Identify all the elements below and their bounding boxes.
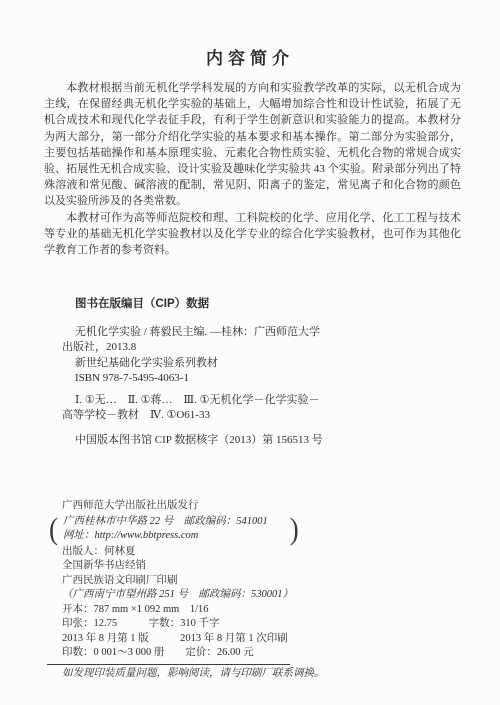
divider-rule xyxy=(47,664,290,665)
page-title: 内容简介 xyxy=(0,44,500,69)
content-summary: 本教材根据当前无机化学学科发展的方向和实验教学改革的实际，以无机合成为主线，在保… xyxy=(44,80,461,258)
quality-note-line: 如发现印装质量问题，影响阅读，请与印刷厂联系调换。 xyxy=(62,667,362,682)
cip-gap-2 xyxy=(62,424,462,433)
cip-classification-line-1: Ⅰ. ①无… Ⅱ. ①蒋… Ⅲ. ①无机化学－化学实验－ xyxy=(62,393,462,409)
format-line: 开本：787 mm ×1 092 mm 1/16 xyxy=(62,603,362,618)
cip-record-number-line: 中国版本图书馆 CIP 数据核字（2013）第 156513 号 xyxy=(62,433,462,449)
publisher-address-lines: 广西桂林市中华路 22 号 邮政编码：541001 网址：http://www.… xyxy=(63,515,268,544)
summary-paragraph-1: 本教材根据当前无机化学学科发展的方向和实验教学改革的实际，以无机合成为主线，在保… xyxy=(44,80,461,210)
issuer-line: 出版人：何林夏 xyxy=(62,545,362,560)
distribution-line: 全国新华书店经销 xyxy=(62,559,362,574)
cip-title-line: 无机化学实验 / 蒋毅民主编. —桂林：广西师范大学 xyxy=(62,325,462,341)
publisher-address-group: ( 广西桂林市中华路 22 号 邮政编码：541001 网址：http://ww… xyxy=(62,515,362,544)
print-run-price-line: 印数：0 001～3 000 册 定价：26.00 元 xyxy=(62,646,362,661)
publisher-line: 广西师范大学出版社出版发行 xyxy=(62,499,362,514)
cip-header: 图书在版编目（CIP）数据 xyxy=(62,297,462,313)
cip-classification-line-2: 高等学校－教材 Ⅳ. ①O61-33 xyxy=(62,408,462,424)
publisher-address-line: 广西桂林市中华路 22 号 邮政编码：541001 xyxy=(63,515,268,530)
cip-isbn-line: ISBN 978-7-5495-4063-1 xyxy=(62,371,462,387)
book-copyright-page: 内容简介 本教材根据当前无机化学学科发展的方向和实验教学改革的实际，以无机合成为… xyxy=(0,0,500,705)
cip-section: 图书在版编目（CIP）数据 无机化学实验 / 蒋毅民主编. —桂林：广西师范大学… xyxy=(62,297,462,448)
printer-address-line: （广西南宁市望州路 251 号 邮政编码：530001） xyxy=(62,588,362,603)
edition-line: 2013 年 8 月第 1 版 2013 年 8 月第 1 次印刷 xyxy=(62,632,362,647)
sheets-words-line: 印张：12.75 字数：310 千字 xyxy=(62,617,362,632)
cip-series-line: 新世纪基础化学实验系列教材 xyxy=(62,356,462,372)
cip-title-line-continuation: 出版社，2013.8 xyxy=(62,340,462,356)
printer-line: 广西民族语文印刷厂印刷 xyxy=(62,574,362,589)
close-paren-glyph: ) xyxy=(290,513,299,545)
open-paren-glyph: ( xyxy=(49,513,58,545)
colophon-section: 广西师范大学出版社出版发行 ( 广西桂林市中华路 22 号 邮政编码：54100… xyxy=(62,499,362,681)
summary-paragraph-2: 本教材可作为高等师范院校和理、工科院校的化学、应用化学、化工工程与技术等专业的基… xyxy=(44,210,461,259)
publisher-website-line: 网址：http://www.bbtpress.com xyxy=(63,529,268,544)
